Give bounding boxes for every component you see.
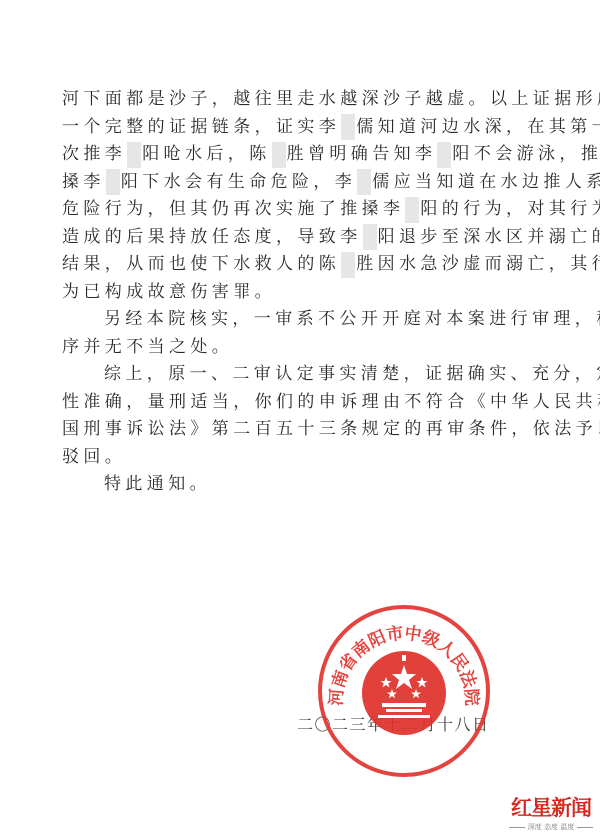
text-segment: 阳的行为，对其行为	[420, 199, 600, 219]
national-emblem-icon	[362, 651, 446, 735]
text-segment: 危险行为，但其仍再次实施了推搡李	[62, 199, 404, 219]
text-segment: 综上，原一、二审认定事实清楚，证据确实、充分，定	[104, 364, 600, 384]
text-line: 驳回。	[62, 444, 538, 472]
text-segment: 阳退步至深水区并溺亡的	[378, 227, 600, 247]
text-line: 危险行为，但其仍再次实施了推搡李阳的行为，对其行为	[62, 196, 538, 224]
text-line: 性准确，量刑适当，你们的申诉理由不符合《中华人民共和	[62, 389, 538, 417]
watermark-subtitle: 深度 态度 温度	[528, 822, 574, 832]
text-segment: 特此通知。	[104, 474, 211, 494]
text-segment: 另经本院核实，一审系不公开开庭对本案进行审理，程	[104, 309, 600, 329]
text-segment: 为已构成故意伤害罪。	[62, 282, 276, 302]
text-segment: 胜曾明确告知李	[287, 144, 437, 164]
redaction-block	[357, 169, 371, 195]
text-segment: 序并无不当之处。	[62, 337, 233, 357]
text-line: 造成的后果持放任态度，导致李阳退步至深水区并溺亡的	[62, 224, 538, 252]
text-segment: 阳下水会有生命危险，李	[121, 172, 356, 192]
text-segment: 搡李	[62, 172, 105, 192]
text-segment: 性准确，量刑适当，你们的申诉理由不符合《中华人民共和	[62, 392, 600, 412]
redaction-block	[272, 142, 286, 168]
text-line: 特此通知。	[62, 471, 538, 499]
text-line: 国刑事诉讼法》第二百五十三条规定的再审条件，依法予以	[62, 416, 538, 444]
text-segment: 阳呛水后，陈	[142, 144, 270, 164]
text-segment: 儒知道河边水深，在其第一	[356, 117, 600, 137]
text-segment: 驳回。	[62, 447, 126, 467]
text-line: 序并无不当之处。	[62, 334, 538, 362]
redaction-block	[106, 169, 120, 195]
text-segment: 儒应当知道在水边推人系	[372, 172, 600, 192]
redaction-block	[405, 197, 419, 223]
text-line: 搡李阳下水会有生命危险，李儒应当知道在水边推人系	[62, 169, 538, 197]
document-body: 河下面都是沙子，越往里走水越深沙子越虚。以上证据形成一个完整的证据链条，证实李儒…	[62, 86, 538, 499]
news-watermark: 红星新闻 深度 态度 温度	[505, 792, 597, 832]
redaction-block	[341, 114, 355, 140]
text-line: 综上，原一、二审认定事实清楚，证据确实、充分，定	[62, 361, 538, 389]
redaction-block	[127, 142, 141, 168]
text-line: 次推李阳呛水后，陈胜曾明确告知李阳不会游泳，推	[62, 141, 538, 169]
text-line: 另经本院核实，一审系不公开开庭对本案进行审理，程	[62, 306, 538, 334]
text-line: 河下面都是沙子，越往里走水越深沙子越虚。以上证据形成	[62, 86, 538, 114]
redaction-block	[341, 252, 355, 278]
text-segment: 河下面都是沙子，越往里走水越深沙子越虚。以上证据形成	[62, 89, 600, 109]
redaction-block	[363, 224, 377, 250]
redaction-block	[437, 142, 451, 168]
text-segment: 一个完整的证据链条，证实李	[62, 117, 340, 137]
text-segment: 造成的后果持放任态度，导致李	[62, 227, 362, 247]
text-line: 一个完整的证据链条，证实李儒知道河边水深，在其第一	[62, 114, 538, 142]
watermark-subtitle-row: 深度 态度 温度	[505, 822, 597, 832]
court-seal: 河南省南阳市中级人民法院	[316, 603, 492, 779]
divider	[577, 827, 593, 828]
watermark-title: 红星新闻	[505, 792, 597, 822]
document-page: 河下面都是沙子，越往里走水越深沙子越虚。以上证据形成一个完整的证据链条，证实李儒…	[0, 0, 600, 838]
text-segment: 结果，从而也使下水救人的陈	[62, 254, 340, 274]
text-line: 结果，从而也使下水救人的陈胜因水急沙虚而溺亡，其行	[62, 251, 538, 279]
text-segment: 胜因水急沙虚而溺亡，其行	[356, 254, 600, 274]
text-segment: 次推李	[62, 144, 126, 164]
text-segment: 国刑事诉讼法》第二百五十三条规定的再审条件，依法予以	[62, 419, 600, 439]
divider	[509, 827, 525, 828]
text-line: 为已构成故意伤害罪。	[62, 279, 538, 307]
text-segment: 阳不会游泳，推	[452, 144, 600, 164]
